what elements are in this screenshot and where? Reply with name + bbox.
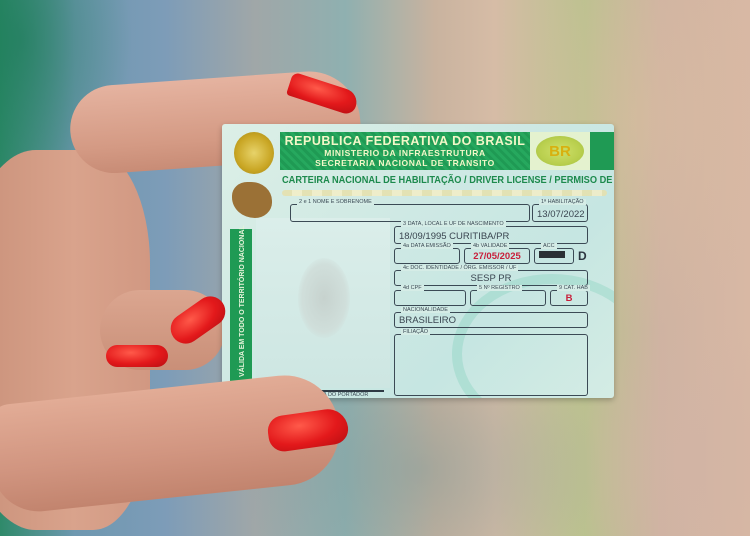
field-first-license-value: 13/07/2022 — [537, 209, 585, 220]
acc-letter: D — [578, 249, 587, 263]
field-birth-label: 3 DATA, LOCAL E UF DE NASCIMENTO — [401, 221, 506, 227]
field-issue-date-label: 4a DATA EMISSÃO — [401, 243, 453, 249]
coat-of-arms-icon — [234, 132, 274, 174]
field-first-license-label: 1ª HABILITAÇÃO — [539, 199, 586, 205]
header-right-band — [590, 132, 614, 170]
field-validity: 4b VALIDADE 27/05/2025 — [464, 248, 530, 264]
field-nationality-label: NACIONALIDADE — [401, 307, 450, 313]
header-line1: REPUBLICA FEDERATIVA DO BRASIL — [280, 134, 530, 148]
field-filiation-label: FILIAÇÃO — [401, 329, 430, 335]
holder-photo — [256, 218, 390, 388]
field-name-label: 2 e 1 NOME E SOBRENOME — [297, 199, 374, 205]
field-cpf: 4d CPF — [394, 290, 466, 306]
field-category: 9 CAT. HAB B — [550, 290, 588, 306]
field-issue-date: 4a DATA EMISSÃO — [394, 248, 460, 264]
field-acc-value — [539, 250, 565, 261]
brazil-map-icon — [232, 182, 272, 218]
field-birth-value: 18/09/1995 CURITIBA/PR — [399, 231, 509, 242]
field-id-doc: 4c DOC. IDENTIDADE / ÓRG. EMISSOR / UF S… — [394, 270, 588, 286]
field-validity-label: 4b VALIDADE — [471, 243, 509, 249]
validity-stripe-text: VÁLIDA EM TODO O TERRITÓRIO NACIONAL — [239, 232, 246, 377]
country-badge: BR — [530, 132, 590, 170]
field-acc: ACC — [534, 248, 574, 264]
field-acc-label: ACC — [541, 243, 557, 249]
field-id-doc-label: 4c DOC. IDENTIDADE / ÓRG. EMISSOR / UF — [401, 265, 518, 271]
field-nationality: NACIONALIDADE BRASILEIRO — [394, 312, 588, 328]
card-title: CARTEIRA NACIONAL DE HABILITAÇÃO / DRIVE… — [282, 174, 614, 186]
validity-stripe: VÁLIDA EM TODO O TERRITÓRIO NACIONAL — [230, 229, 252, 391]
field-filiation: FILIAÇÃO — [394, 334, 588, 396]
field-nationality-value: BRASILEIRO — [399, 315, 456, 326]
field-registry: 5 Nº REGISTRO — [470, 290, 546, 306]
card-header: REPUBLICA FEDERATIVA DO BRASIL MINISTERI… — [280, 132, 530, 170]
header-line3: SECRETARIA NACIONAL DE TRANSITO — [280, 158, 530, 168]
holder-face — [298, 258, 350, 338]
field-name: 2 e 1 NOME E SOBRENOME — [290, 204, 530, 222]
field-category-label: 9 CAT. HAB — [557, 285, 590, 291]
header-line2: MINISTERIO DA INFRAESTRUTURA — [280, 148, 530, 158]
driver-license-card: REPUBLICA FEDERATIVA DO BRASIL MINISTERI… — [222, 124, 614, 398]
country-code: BR — [536, 136, 584, 166]
field-cpf-label: 4d CPF — [401, 285, 424, 291]
field-birth: 3 DATA, LOCAL E UF DE NASCIMENTO 18/09/1… — [394, 226, 588, 244]
field-registry-label: 5 Nº REGISTRO — [477, 285, 522, 291]
decorative-wave — [282, 190, 607, 196]
field-category-value: B — [551, 293, 587, 304]
field-validity-value: 27/05/2025 — [465, 251, 529, 262]
field-first-license: 1ª HABILITAÇÃO 13/07/2022 — [532, 204, 588, 222]
field-id-doc-value: SESP PR — [395, 273, 587, 284]
ring-fingernail — [106, 345, 168, 367]
